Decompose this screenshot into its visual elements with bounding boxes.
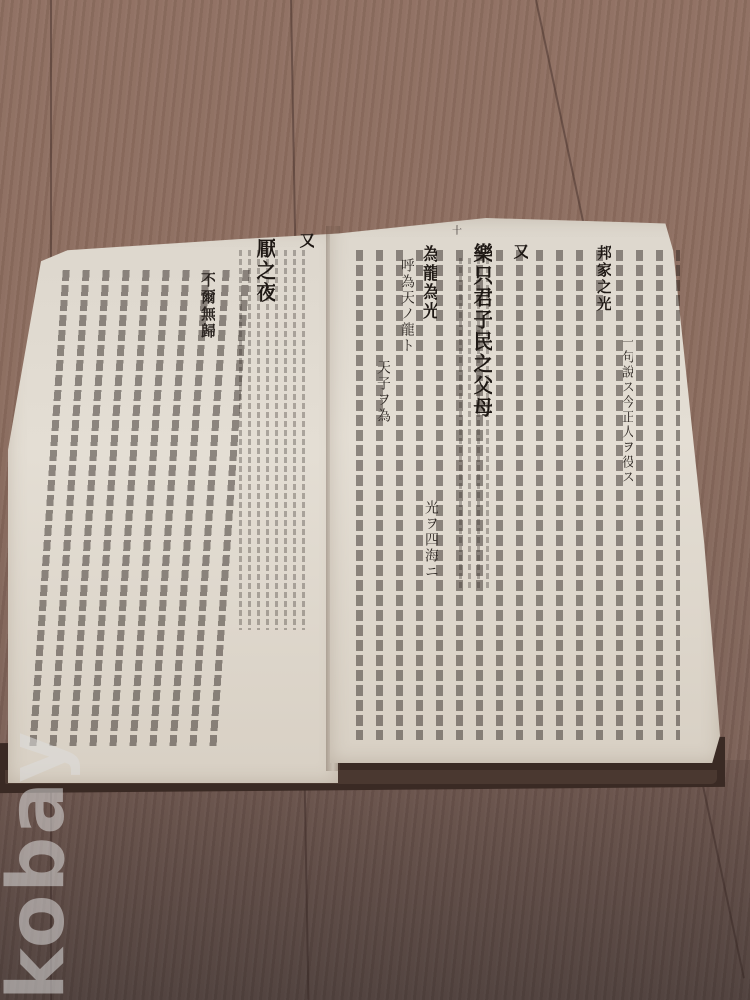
right-page-emphasized-heading: 樂只君子民之父母 (472, 243, 492, 433)
right-page-column: 呼為天ノ龍ト (400, 258, 414, 378)
right-page-column: 天子ヲ為 (376, 360, 390, 450)
left-page-first-column: 不爾無歸 (200, 272, 215, 352)
right-page-title: 邦家之光 (596, 245, 611, 315)
right-page-section-mark: 又 (512, 243, 528, 267)
left-page-main-text (23, 270, 257, 750)
right-page-column: 光ヲ四海ニ (424, 500, 438, 600)
watermark-logo: kobay (0, 730, 82, 1000)
page-number-mark: 十 (452, 222, 462, 237)
left-page-heading: 厭之夜 (255, 238, 275, 308)
right-page-column: 一句說ス今正人ヲ役ス (620, 335, 633, 535)
floor-shadow (0, 760, 750, 1000)
right-page-sub-heading: 為龍為光 (420, 245, 437, 335)
left-page-corner-mark: 又 (298, 232, 314, 256)
